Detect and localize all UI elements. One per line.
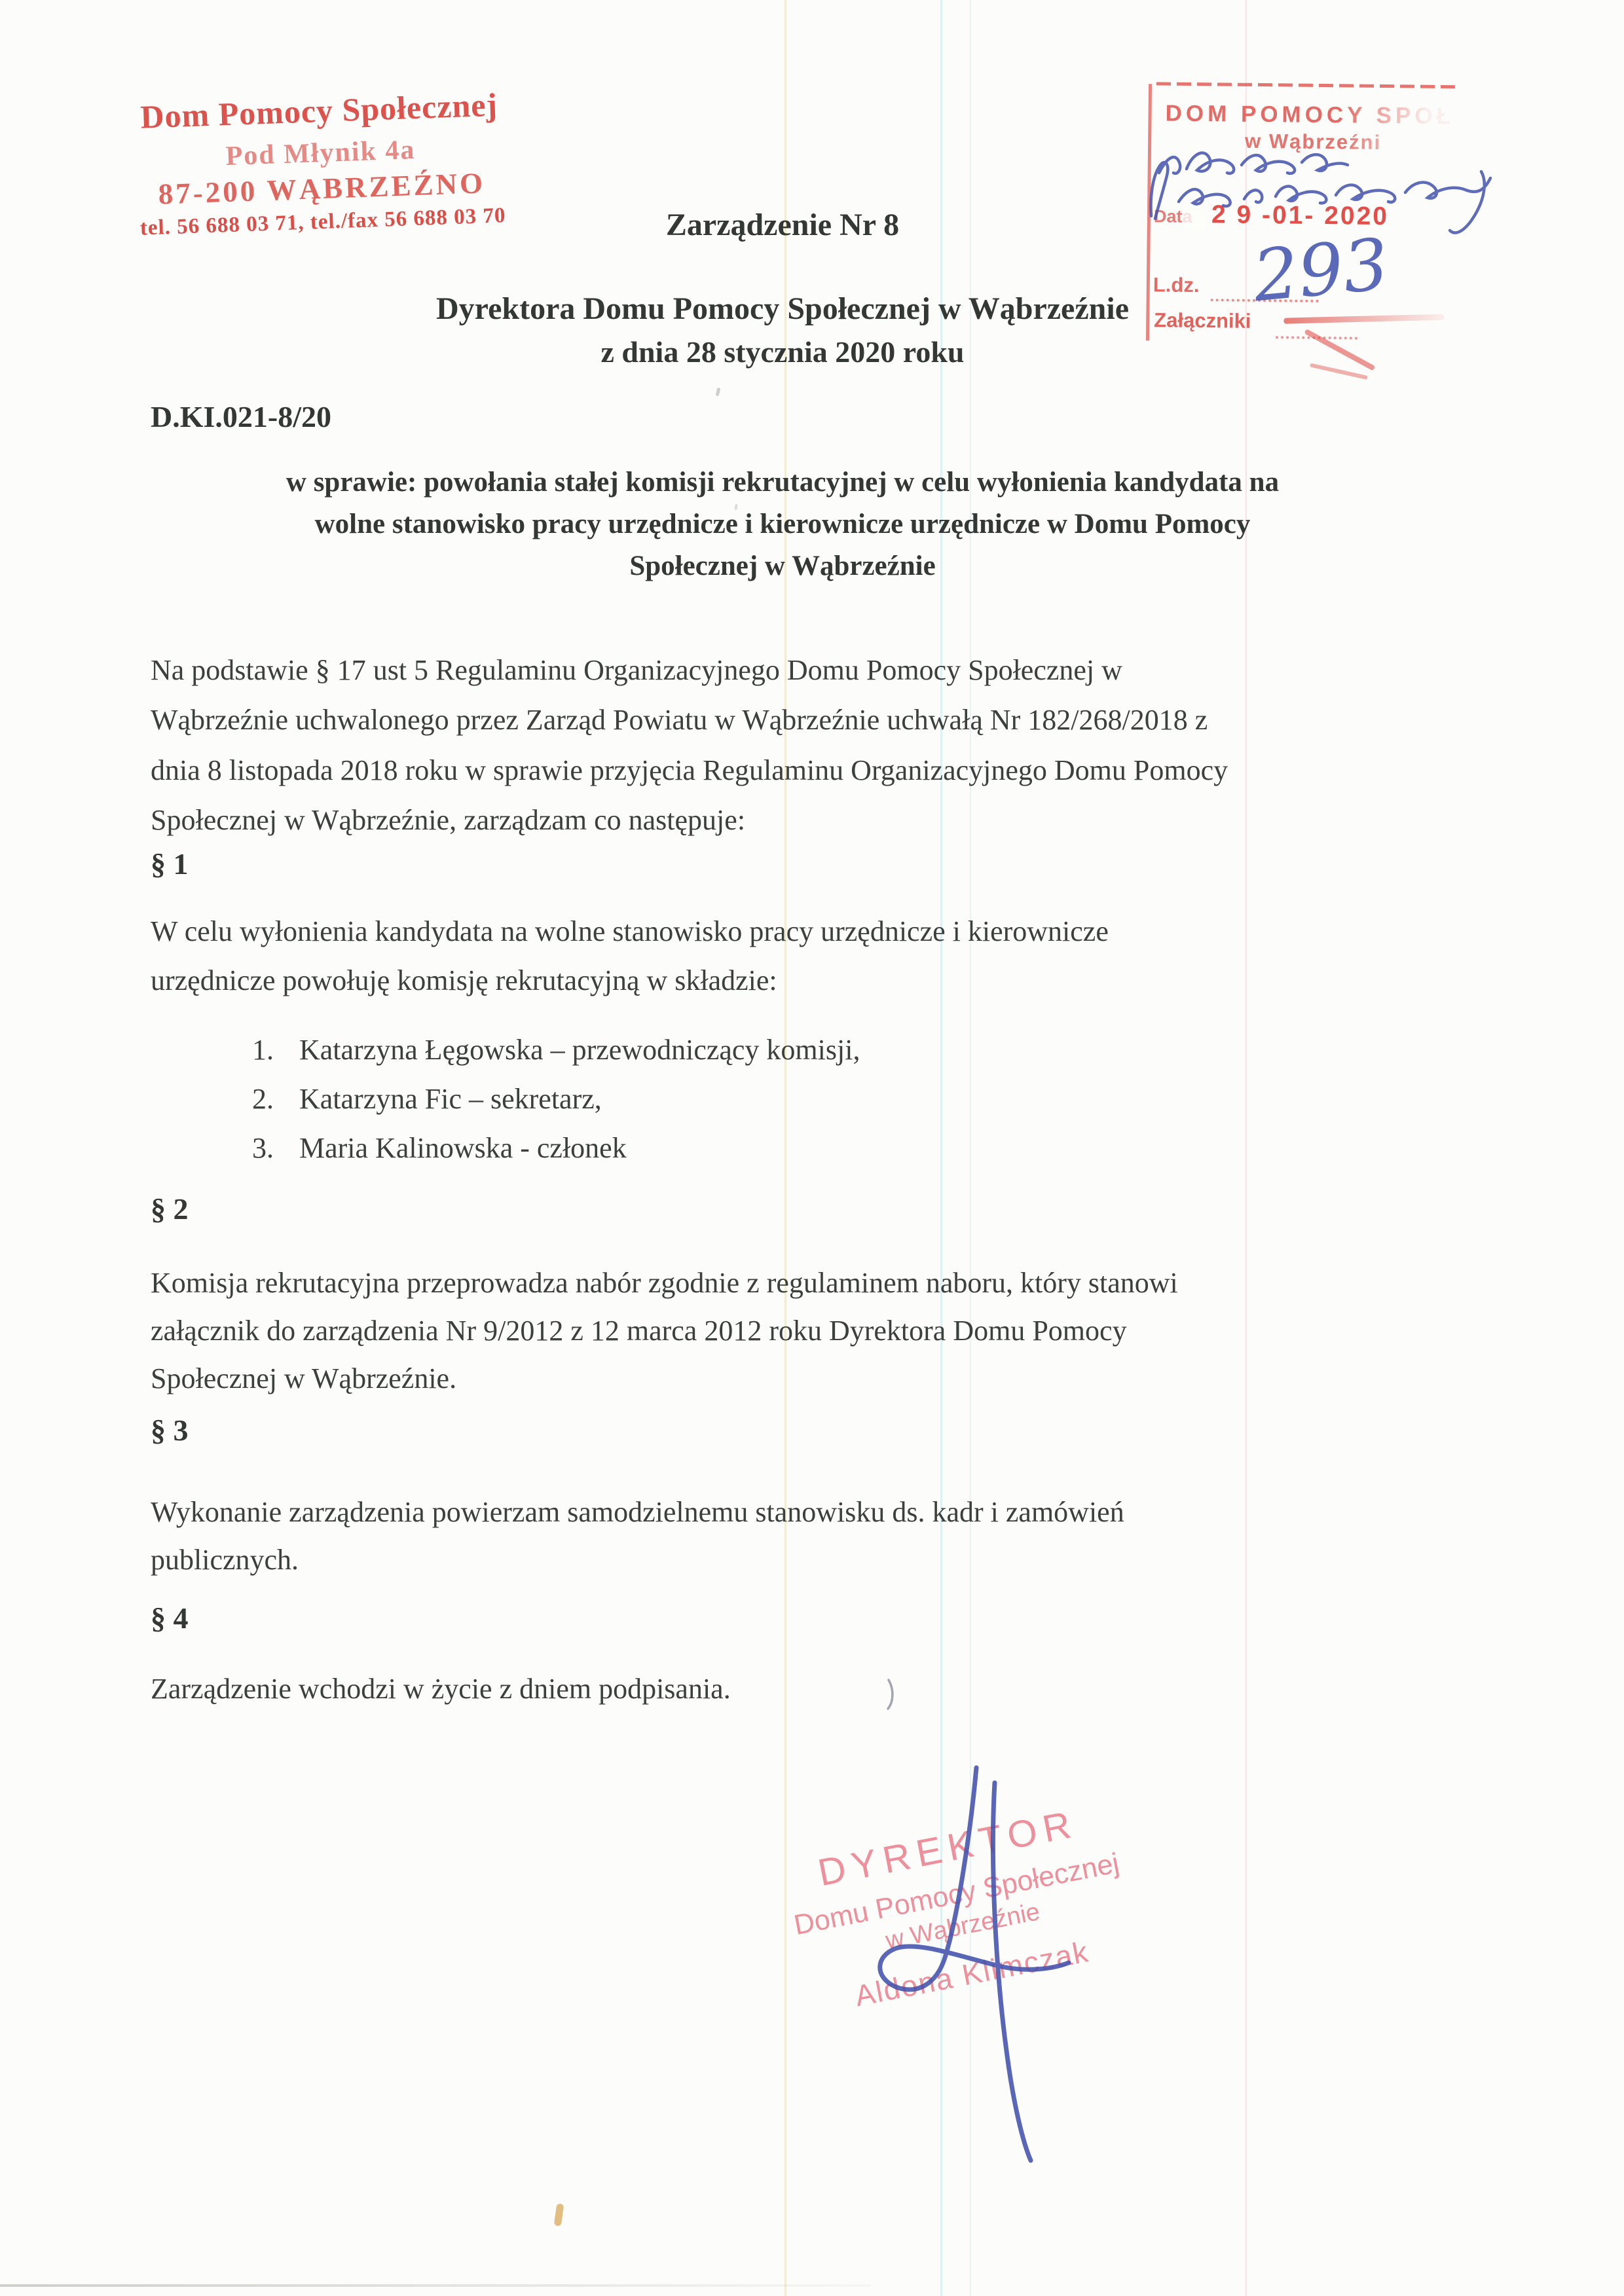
section-1-mark: § 1 — [151, 847, 189, 881]
stamp-fade-overlay — [1342, 94, 1498, 164]
committee-member-row: 1.Katarzyna Łęgowska – przewodniczący ko… — [252, 1033, 860, 1066]
section-2-line: Społecznej w Wąbrzeźnie. — [151, 1362, 456, 1395]
section-1-line: W celu wyłonienia kandydata na wolne sta… — [151, 915, 1109, 948]
preamble-line: Społecznej w Wąbrzeźnie, zarządzam co na… — [151, 803, 745, 837]
document-subtitle-date: z dnia 28 stycznia 2020 roku — [170, 335, 1395, 369]
subject-line: w sprawie: powołania stałej komisji rekr… — [170, 466, 1395, 498]
section-3-mark: § 3 — [151, 1413, 189, 1448]
preamble-line: Wąbrzeźnie uchwalonego przez Zarząd Powi… — [151, 703, 1208, 737]
section-4-line: Zarządzenie wchodzi w życie z dniem podp… — [151, 1672, 731, 1705]
document-title: Zarządzenie Nr 8 — [170, 207, 1395, 243]
committee-member-row: 2.Katarzyna Fic – sekretarz, — [252, 1082, 602, 1116]
scan-speck — [716, 388, 721, 397]
member-name: Katarzyna Fic – sekretarz, — [299, 1083, 602, 1115]
section-4-mark: § 4 — [151, 1601, 189, 1635]
reference-number: D.KI.021-8/20 — [151, 399, 331, 434]
subject-line: wolne stanowisko pracy urzędnicze i kier… — [170, 508, 1395, 540]
pen-tick-mark — [888, 1680, 893, 1709]
member-name: Maria Kalinowska - członek — [299, 1132, 627, 1164]
section-1-line: urzędnicze powołuję komisję rekrutacyjną… — [151, 964, 777, 997]
preamble-line: dnia 8 listopada 2018 roku w sprawie prz… — [151, 754, 1228, 787]
section-2-mark: § 2 — [151, 1192, 189, 1226]
section-2-line: załącznik do zarządzenia Nr 9/2012 z 12 … — [151, 1314, 1127, 1347]
receipt-stamp-top-border — [1156, 82, 1459, 88]
section-3-line: publicznych. — [151, 1543, 299, 1576]
subject-line: Społecznej w Wąbrzeźnie — [170, 550, 1395, 582]
scanned-document-page: Dom Pomocy Społecznej Pod Młynik 4a 87-2… — [0, 0, 1624, 2296]
member-name: Katarzyna Łęgowska – przewodniczący komi… — [299, 1034, 860, 1066]
member-number: 3. — [252, 1131, 299, 1165]
member-number: 2. — [252, 1082, 299, 1116]
director-stamp: DYREKTOR Domu Pomocy Społecznej w Wąbrze… — [764, 1792, 1155, 2026]
committee-member-row: 3.Maria Kalinowska - członek — [252, 1131, 627, 1165]
document-subtitle-issuer: Dyrektora Domu Pomocy Społecznej w Wąbrz… — [170, 291, 1395, 327]
section-2-line: Komisja rekrutacyjna przeprowadza nabór … — [151, 1266, 1178, 1300]
sender-stamp-org: Dom Pomocy Społecznej — [92, 84, 545, 137]
page-bottom-scan-edge — [0, 2284, 871, 2287]
preamble-line: Na podstawie § 17 ust 5 Regulaminu Organ… — [151, 653, 1122, 687]
member-number: 1. — [252, 1033, 299, 1066]
ink-smudge — [554, 2203, 564, 2226]
section-3-line: Wykonanie zarządzenia powierzam samodzie… — [151, 1495, 1124, 1529]
